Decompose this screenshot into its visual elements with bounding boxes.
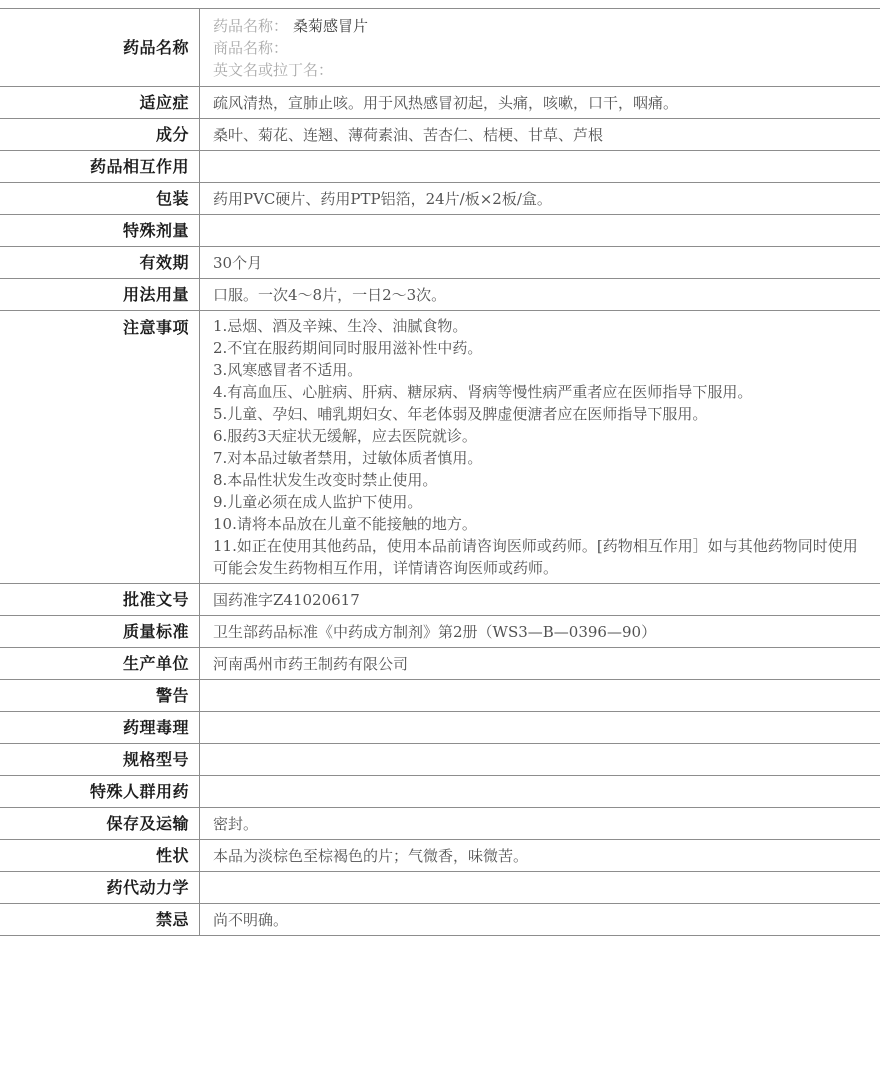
row-value: 药用PVC硬片、药用PTP铝箔，24片/板×2板/盒。 (200, 182, 880, 214)
name-line: 商品名称： (213, 37, 870, 59)
row-value (200, 775, 880, 807)
note-line: 9.儿童必须在成人监护下使用。 (213, 491, 870, 513)
table-row-drug-name: 药品名称 药品名称：桑菊感冒片 商品名称： 英文名或拉丁名： (0, 8, 880, 86)
name-field-key: 商品名称： (213, 39, 288, 57)
table-row-drug-interactions: 药品相互作用 (0, 150, 880, 182)
note-line: 5.儿童、孕妇、哺乳期妇女、年老体弱及脾虚便溏者应在医师指导下服用。 (213, 403, 870, 425)
row-label: 包装 (0, 182, 200, 214)
row-value: 尚不明确。 (200, 903, 880, 935)
row-value: 本品为淡棕色至棕褐色的片；气微香，味微苦。 (200, 839, 880, 871)
row-label: 保存及运输 (0, 807, 200, 839)
row-value: 口服。一次4～8片，一日2～3次。 (200, 278, 880, 310)
row-label: 用法用量 (0, 278, 200, 310)
row-value (200, 871, 880, 903)
table-row-contraindications: 禁忌 尚不明确。 (0, 903, 880, 935)
table-row-quality-standard: 质量标准 卫生部药品标准《中药成方制剂》第2册（WS3—B—0396—90） (0, 615, 880, 647)
note-line: 2.不宜在服药期间同时服用滋补性中药。 (213, 337, 870, 359)
name-field-value: 桑菊感冒片 (293, 17, 368, 35)
note-line: 11.如正在使用其他药品，使用本品前请咨询医师或药师。[药物相互作用］如与其他药… (213, 535, 870, 579)
name-line: 药品名称：桑菊感冒片 (213, 15, 870, 37)
table-row-description: 性状 本品为淡棕色至棕褐色的片；气微香，味微苦。 (0, 839, 880, 871)
row-value: 1.忌烟、酒及辛辣、生冷、油腻食物。 2.不宜在服药期间同时服用滋补性中药。 3… (200, 310, 880, 583)
row-label: 批准文号 (0, 583, 200, 615)
note-line: 7.对本品过敏者禁用，过敏体质者慎用。 (213, 447, 870, 469)
row-label: 性状 (0, 839, 200, 871)
table-row-shelf-life: 有效期 30个月 (0, 246, 880, 278)
table-row-specification: 规格型号 (0, 743, 880, 775)
note-line: 10.请将本品放在儿童不能接触的地方。 (213, 513, 870, 535)
table-row-dosage: 用法用量 口服。一次4～8片，一日2～3次。 (0, 278, 880, 310)
table-row-approval-number: 批准文号 国药准字Z41020617 (0, 583, 880, 615)
row-value (200, 150, 880, 182)
note-line: 1.忌烟、酒及辛辣、生冷、油腻食物。 (213, 315, 870, 337)
table-row-indications: 适应症 疏风清热，宣肺止咳。用于风热感冒初起，头痛，咳嗽，口干，咽痛。 (0, 86, 880, 118)
row-label: 药品相互作用 (0, 150, 200, 182)
note-line: 8.本品性状发生改变时禁止使用。 (213, 469, 870, 491)
row-value (200, 214, 880, 246)
row-value: 卫生部药品标准《中药成方制剂》第2册（WS3—B—0396—90） (200, 615, 880, 647)
row-label: 特殊人群用药 (0, 775, 200, 807)
table-row-packaging: 包装 药用PVC硬片、药用PTP铝箔，24片/板×2板/盒。 (0, 182, 880, 214)
row-label: 生产单位 (0, 647, 200, 679)
row-label: 药品名称 (0, 8, 200, 86)
table-row-special-populations: 特殊人群用药 (0, 775, 880, 807)
row-label: 药理毒理 (0, 711, 200, 743)
name-line: 英文名或拉丁名： (213, 59, 870, 81)
row-value: 桑叶、菊花、连翘、薄荷素油、苦杏仁、桔梗、甘草、芦根 (200, 118, 880, 150)
drug-info-page: 药品名称 药品名称：桑菊感冒片 商品名称： 英文名或拉丁名： 适应症 疏风清热，… (0, 8, 880, 936)
row-label: 警告 (0, 679, 200, 711)
note-line: 3.风寒感冒者不适用。 (213, 359, 870, 381)
row-value: 药品名称：桑菊感冒片 商品名称： 英文名或拉丁名： (200, 8, 880, 86)
row-label: 禁忌 (0, 903, 200, 935)
name-field-key: 药品名称： (213, 17, 288, 35)
row-label: 成分 (0, 118, 200, 150)
row-value: 国药准字Z41020617 (200, 583, 880, 615)
table-row-pharmacology-toxicology: 药理毒理 (0, 711, 880, 743)
table-row-precautions: 注意事项 1.忌烟、酒及辛辣、生冷、油腻食物。 2.不宜在服药期间同时服用滋补性… (0, 310, 880, 583)
table-row-special-dosage: 特殊剂量 (0, 214, 880, 246)
row-label: 药代动力学 (0, 871, 200, 903)
row-value (200, 679, 880, 711)
row-value: 密封。 (200, 807, 880, 839)
row-value: 30个月 (200, 246, 880, 278)
note-line: 4.有高血压、心脏病、肝病、糖尿病、肾病等慢性病严重者应在医师指导下服用。 (213, 381, 870, 403)
row-label: 规格型号 (0, 743, 200, 775)
row-value: 河南禹州市药王制药有限公司 (200, 647, 880, 679)
note-line: 6.服药3天症状无缓解，应去医院就诊。 (213, 425, 870, 447)
row-label: 特殊剂量 (0, 214, 200, 246)
table-row-manufacturer: 生产单位 河南禹州市药王制药有限公司 (0, 647, 880, 679)
row-value (200, 743, 880, 775)
name-field-key: 英文名或拉丁名： (213, 61, 333, 79)
row-label: 注意事项 (0, 310, 200, 583)
table-row-pharmacokinetics: 药代动力学 (0, 871, 880, 903)
table-row-ingredients: 成分 桑叶、菊花、连翘、薄荷素油、苦杏仁、桔梗、甘草、芦根 (0, 118, 880, 150)
row-label: 有效期 (0, 246, 200, 278)
row-value: 疏风清热，宣肺止咳。用于风热感冒初起，头痛，咳嗽，口干，咽痛。 (200, 86, 880, 118)
drug-info-table: 药品名称 药品名称：桑菊感冒片 商品名称： 英文名或拉丁名： 适应症 疏风清热，… (0, 8, 880, 936)
table-row-warning: 警告 (0, 679, 880, 711)
row-label: 适应症 (0, 86, 200, 118)
row-label: 质量标准 (0, 615, 200, 647)
row-value (200, 711, 880, 743)
table-row-storage-transport: 保存及运输 密封。 (0, 807, 880, 839)
